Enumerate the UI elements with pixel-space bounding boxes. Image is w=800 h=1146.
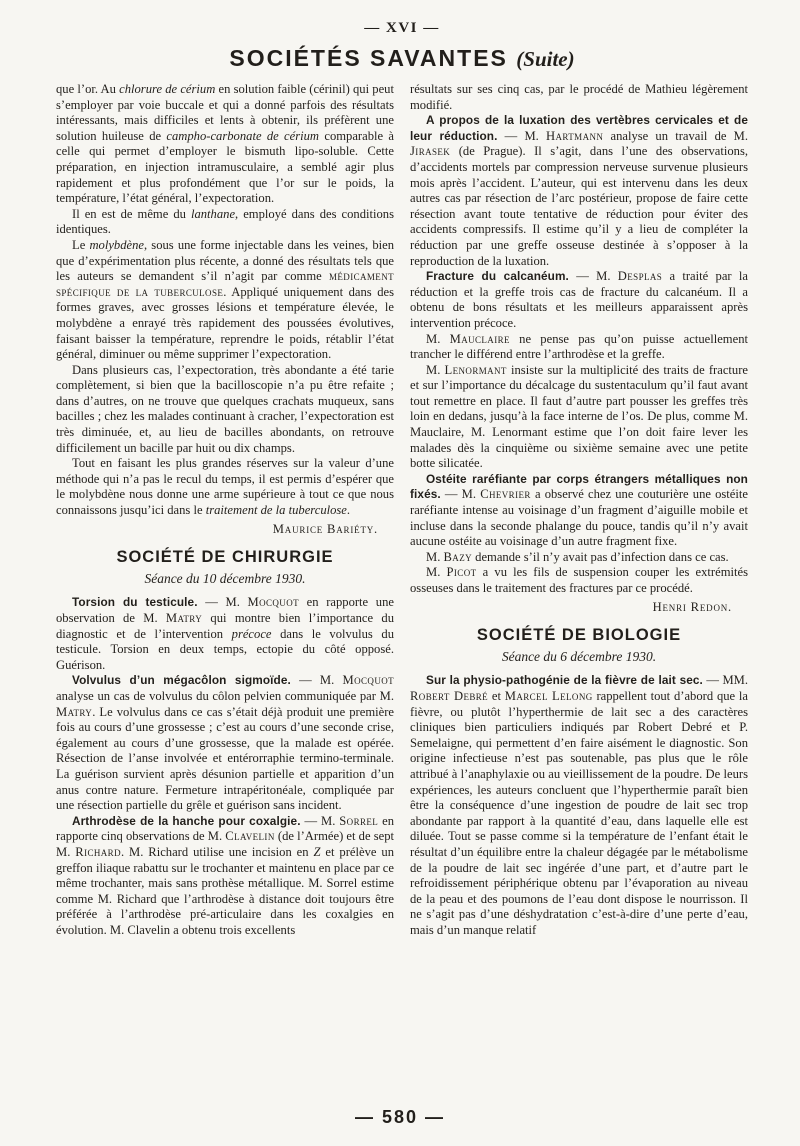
paragraph: M. Lenormant insiste sur la multiplicité… (410, 363, 748, 472)
italic-segment: molybdène (89, 238, 144, 252)
section-heading: SOCIÉTÉ DE CHIRURGIESéance du 10 décembr… (56, 550, 394, 586)
signature: Henri Redon. (410, 600, 748, 616)
section-subtitle: Séance du 10 décembre 1930. (56, 571, 394, 587)
scan-page: { "colors": { "paper": "#f7f6f2", "ink":… (0, 0, 800, 1146)
text-segment: résultats sur ses cinq cas, par le procé… (410, 82, 748, 112)
paragraph: Volvulus d’un mégacôlon sigmoïde. — M. M… (56, 673, 394, 813)
text-segment: M. (426, 332, 450, 346)
smallcaps-segment: Richard (75, 845, 121, 859)
smallcaps-segment: Clavelin (225, 829, 274, 843)
page-title: SOCIÉTÉS SAVANTES (Suite) (56, 45, 748, 72)
italic-segment: lanthane (191, 207, 235, 221)
paragraph: résultats sur ses cinq cas, par le procé… (410, 82, 748, 113)
text-segment: insiste sur la multiplicité des traits d… (410, 363, 748, 471)
text-segment: Le (72, 238, 89, 252)
section-title: SOCIÉTÉ DE BIOLOGIE (410, 628, 748, 644)
italic-segment: précoce (232, 627, 272, 641)
paragraph: Il en est de même du lanthane, employé d… (56, 207, 394, 238)
smallcaps-segment: Picot (447, 565, 477, 579)
paragraph: Tout en faisant les plus grandes réserve… (56, 456, 394, 518)
text-segment: analyse un cas de volvulus du côlon pelv… (56, 689, 394, 703)
signature: Maurice Bariéty. (56, 522, 394, 538)
smallcaps-segment: Chevrier (480, 487, 531, 501)
column-right: résultats sur ses cinq cas, par le procé… (410, 82, 748, 938)
smallcaps-segment: Lenormant (445, 363, 507, 377)
text-segment: — M. (198, 595, 248, 609)
smallcaps-segment: Marcel Lelong (505, 689, 593, 703)
text-segment: Il en est de même du (72, 207, 191, 221)
section-title: SOCIÉTÉ DE CHIRURGIE (56, 550, 394, 566)
text-segment: rappellent tout d’abord que la fièvre, o… (410, 689, 748, 937)
paragraph: A propos de la luxation des vertèbres ce… (410, 113, 748, 269)
italic-segment: campho-carbonate de cérium (166, 129, 319, 143)
run-in-heading: Arthrodèse de la hanche pour coxalgie. (72, 814, 301, 828)
smallcaps-segment: Mauclaire (450, 332, 510, 346)
smallcaps-segment: Bazy (444, 550, 473, 564)
paragraph: que l’or. Au chlorure de cérium en solut… (56, 82, 394, 207)
italic-segment: traitement de la tuberculose (206, 503, 347, 517)
text-segment: — MM. (703, 673, 748, 687)
page-title-suffix: (Suite) (516, 47, 574, 71)
paragraph: Torsion du testicule. — M. Mocquot en ra… (56, 595, 394, 673)
smallcaps-segment: Matry (166, 611, 202, 625)
journal-page: — XVI — SOCIÉTÉS SAVANTES (Suite) que l’… (0, 0, 800, 938)
text-segment: que l’or. Au (56, 82, 119, 96)
paragraph: Arthrodèse de la hanche pour coxalgie. —… (56, 814, 394, 939)
text-segment: . M. Richard utilise une incision en (121, 845, 314, 859)
paragraph: Sur la physio-pathogénie de la fièvre de… (410, 673, 748, 938)
column-left: que l’or. Au chlorure de cérium en solut… (56, 82, 394, 938)
page-title-text: SOCIÉTÉS SAVANTES (229, 45, 508, 71)
smallcaps-segment: Matry (56, 705, 92, 719)
text-segment: analyse un travail de M. (603, 129, 748, 143)
smallcaps-segment: Desplas (618, 269, 662, 283)
smallcaps-segment: Hartmann (546, 129, 603, 143)
text-segment: — M. (569, 269, 618, 283)
text-segment: (de Prague). Il s’agit, dans l’une des o… (410, 144, 748, 267)
text-segment: — M. (497, 129, 546, 143)
text-segment: demande s’il n’y avait pas d’infection d… (472, 550, 729, 564)
smallcaps-segment: Mocquot (248, 595, 300, 609)
text-segment: — M. (291, 673, 343, 687)
paragraph: M. Mauclaire ne pense pas qu’on puisse a… (410, 332, 748, 363)
paragraph: M. Bazy demande s’il n’y avait pas d’inf… (410, 550, 748, 566)
section-heading: SOCIÉTÉ DE BIOLOGIESéance du 6 décembre … (410, 628, 748, 664)
section-subtitle: Séance du 6 décembre 1930. (410, 649, 748, 665)
page-number-bottom: — 580 — (0, 1107, 800, 1128)
page-number-top: — XVI — (56, 20, 748, 37)
text-columns: que l’or. Au chlorure de cérium en solut… (56, 82, 748, 938)
text-segment: M. (426, 363, 445, 377)
run-in-heading: Fracture du calcanéum. (426, 269, 569, 283)
text-segment: — M. (301, 814, 340, 828)
text-segment: — M. (441, 487, 480, 501)
text-segment: M. (426, 565, 447, 579)
smallcaps-segment: Robert Debré (410, 689, 488, 703)
paragraph: Le molybdène, sous une forme injectable … (56, 238, 394, 363)
text-segment: et (488, 689, 505, 703)
run-in-heading: Volvulus d’un mégacôlon sigmoïde. (72, 673, 291, 687)
smallcaps-segment: Sorrel (339, 814, 378, 828)
text-segment: Dans plusieurs cas, l’expectoration, trè… (56, 363, 394, 455)
paragraph: Fracture du calcanéum. — M. Desplas a tr… (410, 269, 748, 331)
italic-segment: Z (313, 845, 320, 859)
run-in-heading: Torsion du testicule. (72, 595, 198, 609)
paragraph: Dans plusieurs cas, l’expectoration, trè… (56, 363, 394, 457)
text-segment: M. (426, 550, 444, 564)
run-in-heading: Sur la physio-pathogénie de la fièvre de… (426, 673, 703, 687)
italic-segment: chlorure de cérium (119, 82, 215, 96)
text-segment: . Le volvulus dans ce cas s’était déjà p… (56, 705, 394, 813)
paragraph: M. Picot a vu les fils de suspension cou… (410, 565, 748, 596)
smallcaps-segment: Mocquot (343, 673, 395, 687)
smallcaps-segment: Jirasek (410, 144, 450, 158)
text-segment: . (347, 503, 350, 517)
paragraph: Ostéite raréfiante par corps étrangers m… (410, 472, 748, 550)
